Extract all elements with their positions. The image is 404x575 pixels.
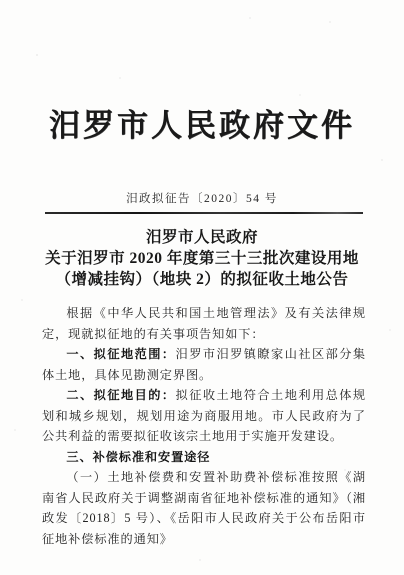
section-2-heading: 二、拟征地目的： xyxy=(66,388,175,402)
document-title: 汨罗市人民政府 关于汨罗市 2020 年度第三十三批次建设用地 （增减挂钩）（地… xyxy=(20,227,384,290)
scanned-document-page: 汨罗市人民政府文件 汨政拟征告〔2020〕54 号 汨罗市人民政府 关于汨罗市 … xyxy=(0,0,404,575)
paragraph-section-3: 三、补偿标准和安置途径 xyxy=(42,447,366,468)
document-reference-number: 汨政拟征告〔2020〕54 号 xyxy=(0,190,404,206)
document-title-line2: 关于汨罗市 2020 年度第三十三批次建设用地 xyxy=(20,248,384,269)
item-1-text: （一）土地补偿费和安置补助费补偿标准按照《湖南省人民政府关于调整湖南省征地补偿标… xyxy=(42,470,366,546)
document-title-line3: （增减挂钩）（地块 2）的拟征收土地公告 xyxy=(20,269,384,290)
paragraph-intro-text: 根据《中华人民共和国土地管理法》及有关法律规定，现就拟征地的有关事项告知如下： xyxy=(42,306,366,341)
paragraph-item-1: （一）土地补偿费和安置补助费补偿标准按照《湖南省人民政府关于调整湖南省征地补偿标… xyxy=(42,467,366,549)
section-1-heading: 一、拟征地范围： xyxy=(66,347,175,361)
document-body: 根据《中华人民共和国土地管理法》及有关法律规定，现就拟征地的有关事项告知如下： … xyxy=(42,303,366,549)
paragraph-section-2: 二、拟征地目的：拟征收土地符合土地利用总体规划和城乡规划，规划用途为商服用地。市… xyxy=(42,385,366,447)
paragraph-intro: 根据《中华人民共和国土地管理法》及有关法律规定，现就拟征地的有关事项告知如下： xyxy=(42,303,366,344)
masthead-divider-rule xyxy=(45,212,363,214)
document-title-line1: 汨罗市人民政府 xyxy=(20,227,384,248)
government-document-masthead: 汨罗市人民政府文件 xyxy=(0,100,404,145)
section-3-heading: 三、补偿标准和安置途径 xyxy=(66,450,210,464)
paragraph-section-1: 一、拟征地范围：汨罗市汨罗镇瞭家山社区部分集体土地，具体见勘测定界图。 xyxy=(42,344,366,385)
